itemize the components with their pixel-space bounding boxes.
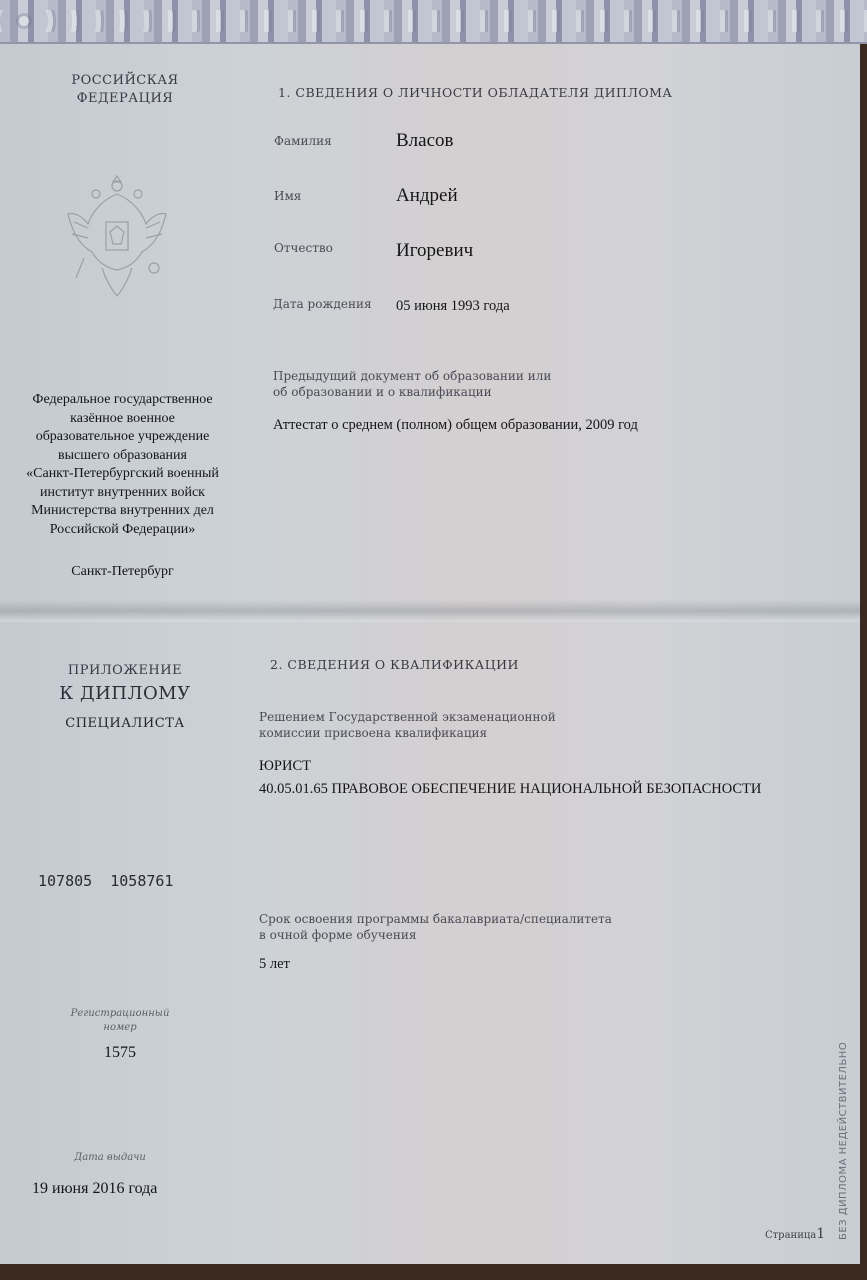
country-line-2: ФЕДЕРАЦИЯ bbox=[40, 90, 210, 108]
page-label: Страница bbox=[765, 1230, 816, 1241]
institution-line: Министерства внутренних дел bbox=[0, 502, 245, 521]
institution-line: Российской Федерации» bbox=[0, 521, 245, 540]
birth-date-label: Дата рождения bbox=[273, 297, 372, 311]
commission-decision-label: Решением Государственной экзаменационной… bbox=[259, 709, 556, 741]
institution-line: «Санкт-Петербургский военный bbox=[0, 465, 245, 484]
institution-line: казённое военное bbox=[0, 410, 245, 429]
commission-decision-line-2: комиссии присвоена квалификация bbox=[259, 725, 556, 741]
study-duration-value: 5 лет bbox=[259, 956, 290, 973]
first-name-label: Имя bbox=[274, 189, 301, 203]
study-duration-label: Срок освоения программы бакалавриата/спе… bbox=[259, 911, 612, 943]
appendix-title-line-3: СПЕЦИАЛИСТА bbox=[0, 716, 250, 731]
validity-note: БЕЗ ДИПЛОМА НЕДЕЙСТВИТЕЛЬНО bbox=[838, 1042, 849, 1240]
registration-number: 1575 bbox=[20, 1044, 220, 1062]
study-duration-label-line-2: в очной форме обучения bbox=[259, 927, 612, 943]
first-name-value: Андрей bbox=[396, 185, 458, 207]
guilloche-border bbox=[0, 0, 867, 44]
institution-line: высшего образования bbox=[0, 447, 245, 466]
previous-document-label: Предыдущий документ об образовании или о… bbox=[273, 368, 551, 400]
section-1-title: 1. СВЕДЕНИЯ О ЛИЧНОСТИ ОБЛАДАТЕЛЯ ДИПЛОМ… bbox=[278, 85, 672, 100]
appendix-title-line-2: К ДИПЛОМУ bbox=[0, 683, 250, 704]
previous-document-label-line-2: об образовании и о квалификации bbox=[273, 384, 551, 400]
birth-date-value: 05 июня 1993 года bbox=[396, 298, 510, 315]
institution-name: Федеральное государственное казённое вое… bbox=[0, 391, 245, 539]
page-indicator: Страница1 bbox=[765, 1226, 825, 1242]
institution-line: институт внутренних войск bbox=[0, 484, 245, 503]
commission-decision-line-1: Решением Государственной экзаменационной bbox=[259, 709, 556, 725]
registration-label-line-2: номер bbox=[20, 1021, 220, 1035]
institution-city: Санкт-Петербург bbox=[0, 564, 245, 580]
page-number: 1 bbox=[816, 1226, 825, 1242]
surname-value: Власов bbox=[396, 130, 454, 152]
country-line-1: РОССИЙСКАЯ bbox=[40, 72, 210, 90]
patronymic-value: Игоревич bbox=[396, 240, 473, 262]
serial-number: 107805 1058761 bbox=[38, 872, 173, 890]
country-name: РОССИЙСКАЯ ФЕДЕРАЦИЯ bbox=[40, 72, 210, 108]
appendix-title-line-1: ПРИЛОЖЕНИЕ bbox=[0, 663, 250, 678]
study-duration-label-line-1: Срок освоения программы бакалавриата/спе… bbox=[259, 911, 612, 927]
registration-number-label: Регистрационный номер bbox=[20, 1007, 220, 1035]
issue-date-label: Дата выдачи bbox=[10, 1152, 210, 1163]
surname-label: Фамилия bbox=[274, 134, 332, 148]
institution-line: Федеральное государственное bbox=[0, 391, 245, 410]
section-2-title: 2. СВЕДЕНИЯ О КВАЛИФИКАЦИИ bbox=[270, 657, 519, 672]
qualification: ЮРИСТ bbox=[259, 758, 311, 775]
patronymic-label: Отчество bbox=[274, 241, 333, 255]
coat-of-arms-icon bbox=[62, 172, 172, 300]
page-fold bbox=[0, 600, 860, 622]
registration-label-line-1: Регистрационный bbox=[20, 1007, 220, 1021]
previous-document-label-line-1: Предыдущий документ об образовании или bbox=[273, 368, 551, 384]
specialty: 40.05.01.65 ПРАВОВОЕ ОБЕСПЕЧЕНИЕ НАЦИОНА… bbox=[259, 781, 761, 798]
institution-line: образовательное учреждение bbox=[0, 428, 245, 447]
issue-date: 19 июня 2016 года bbox=[32, 1180, 157, 1198]
previous-document-value: Аттестат о среднем (полном) общем образо… bbox=[273, 417, 638, 434]
